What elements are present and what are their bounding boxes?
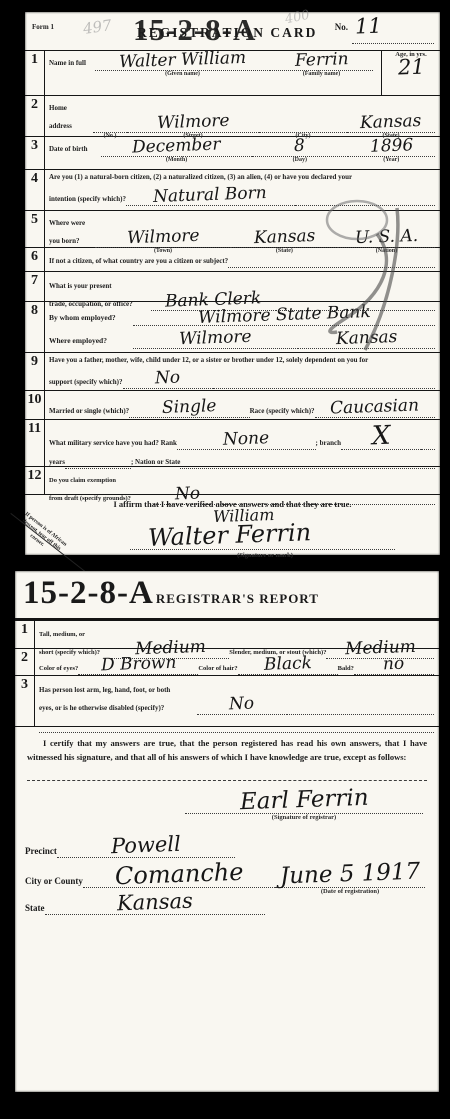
signature-block: I affirm that I have verified above answ… — [25, 494, 440, 569]
registrars-report-card: 15-2-8-A REGISTRAR'S REPORT 1 Tall, medi… — [15, 571, 439, 1092]
no-label: No. — [335, 22, 348, 32]
card-number-value: 11 — [352, 17, 385, 36]
q2-label-line1: Home — [49, 104, 67, 112]
q8-employer-row: 8 By whom employed? Wilmore State Bank W… — [25, 301, 440, 352]
q4-label-line1: Are you (1) a natural-born citizen, (2) … — [49, 173, 435, 182]
q6-label: If not a citizen, of what country are yo… — [49, 257, 228, 268]
family-name-value: Ferrin — [291, 52, 351, 69]
precinct-value: Powell — [108, 836, 184, 856]
tear-off-corner-note: If person is of African descent, tear of… — [14, 511, 68, 560]
eye-color-value: D Brown — [97, 656, 179, 673]
r1-build-row: 1 Tall, medium, or short (specify which)… — [15, 621, 439, 648]
birth-year-value: 1896 — [366, 138, 416, 154]
q9-label-line2: support (specify which)? — [49, 378, 123, 389]
q3-birthdate-row: 3 Date of birth December 8 1896 (Month) … — [25, 136, 440, 169]
address-street-value: Wilmore — [153, 114, 232, 131]
r1-number: 1 — [15, 621, 35, 648]
q6-foreign-citizen-row: 6 If not a citizen, of what country are … — [25, 247, 440, 271]
q5-birthplace-row: 5 Where were you born? Wilmore Kansas U.… — [25, 210, 440, 247]
r1-label1-line1: Tall, medium, or — [39, 631, 85, 638]
except-line — [27, 780, 427, 781]
employer-value: Wilmore State Bank — [194, 305, 373, 326]
dependents-value: No — [152, 371, 184, 387]
q3-label: Date of birth — [49, 145, 101, 157]
race-value: Caucasian — [327, 398, 422, 416]
q11-number: 11 — [25, 420, 45, 466]
signature-sublabel: (Signature or mark) — [205, 552, 325, 559]
registrar-signature: Earl Ferrin — [236, 789, 371, 813]
q10-label2: Race (specify which)? — [250, 407, 315, 418]
location-fields: Precinct Powell City or County Comanche … — [15, 837, 439, 915]
q9-label-line1: Have you a father, mother, wife, child u… — [49, 356, 435, 365]
registrar-signature-block: Earl Ferrin (Signature of registrar) — [185, 791, 423, 821]
form-number-label: Form 1 — [32, 23, 54, 32]
sub-year: (Year) — [348, 157, 435, 164]
q2-number: 2 — [25, 96, 45, 136]
q2-label-line2: address — [49, 122, 72, 130]
age-box: Age, in yrs. 21 — [381, 51, 440, 95]
military-rank-value: None — [220, 431, 273, 447]
no-underline — [352, 43, 434, 44]
address-state-value: Kansas — [357, 114, 425, 131]
citizenship-value: Natural Born — [150, 186, 270, 205]
employed-where-state: Kansas — [332, 330, 400, 347]
city-county-value: Comanche — [111, 862, 246, 887]
q11-military-row: 11 What military service have you had? R… — [25, 419, 440, 466]
birth-month-value: December — [129, 137, 224, 155]
age-value: 21 — [394, 59, 427, 78]
q5-label-line1: Where were — [49, 219, 85, 227]
birth-town-value: Wilmore — [123, 229, 202, 246]
q2-address-row: 2 Home address Wilmore Kansas (No.) (Str… — [25, 95, 440, 136]
employed-where-town: Wilmore — [176, 330, 255, 347]
q3-number: 3 — [25, 137, 45, 169]
serial-stamp: 15-2-8-A — [133, 12, 256, 48]
birth-nation-value: U. S. A. — [352, 229, 422, 246]
q4-label-line2: intention (specify which)? — [49, 195, 126, 206]
disability-value: No — [226, 696, 258, 712]
r2-number: 2 — [15, 649, 35, 675]
q1-name-row: 1 Name in full Walter William Ferrin (Gi… — [25, 50, 440, 95]
q7-label-line1: What is your present — [49, 282, 112, 290]
r2-features-row: 2 Color of eyes? D Brown Color of hair? … — [15, 648, 439, 675]
r2-label1: Color of eyes? — [39, 665, 78, 675]
state-value: Kansas — [114, 893, 196, 914]
birth-state-value: Kansas — [251, 229, 319, 246]
family-name-sublabel: (Family name) — [270, 71, 373, 78]
sub-day: (Day) — [252, 157, 347, 164]
q12-number: 12 — [25, 467, 45, 494]
q6-number: 6 — [25, 248, 45, 271]
given-name-value: Walter William — [116, 51, 250, 70]
q1-number: 1 — [25, 51, 45, 95]
married-single-value: Single — [159, 399, 220, 416]
registrant-signature: Walter Ferrin — [145, 522, 315, 548]
registration-date-block: June 5 1917 (Date of registration) — [275, 865, 425, 895]
q12-label-line1: Do you claim exemption — [49, 477, 116, 484]
city-county-label: City or County — [25, 876, 83, 888]
q5-label-line2: you born? — [49, 237, 80, 245]
serial-stamp-2: 15-2-8-A — [23, 575, 154, 612]
q10-label1: Married or single (which)? — [49, 407, 129, 418]
r3-label-line2: eyes, or is he otherwise disabled (speci… — [39, 704, 164, 712]
r3-disability-row: 3 Has person lost arm, leg, hand, foot, … — [15, 675, 439, 727]
pencil-serial: 497 — [82, 16, 113, 38]
q9-dependents-row: 9 Have you a father, mother, wife, child… — [25, 352, 440, 390]
r2-label3: Bald? — [338, 665, 354, 675]
q8-label2: Where employed? — [49, 336, 133, 349]
sub-month: (Month) — [101, 157, 252, 164]
birth-day-value: 8 — [291, 139, 308, 154]
military-branch-value: X — [368, 425, 393, 448]
q5-number: 5 — [25, 211, 45, 247]
registration-card: Form 1 497 REGISTRATION CARD 15-2-8-A 40… — [25, 12, 440, 555]
hair-color-value: Black — [260, 656, 314, 672]
registration-card-header: Form 1 497 REGISTRATION CARD 15-2-8-A 40… — [25, 12, 440, 50]
registrars-report-header: 15-2-8-A REGISTRAR'S REPORT — [15, 571, 439, 621]
scanned-draft-card-page: { "colors": {"background":"#000000","car… — [0, 0, 450, 1119]
q8-number: 8 — [25, 302, 45, 352]
q12-exemption-row: 12 Do you claim exemption from draft (sp… — [25, 466, 440, 494]
registration-date-sublabel: (Date of registration) — [275, 888, 425, 895]
r3-number: 3 — [15, 676, 35, 726]
q11-label1: What military service have you had? Rank — [49, 439, 177, 450]
r2-label2: Color of hair? — [198, 665, 237, 675]
q9-number: 9 — [25, 353, 45, 390]
precinct-label: Precinct — [25, 846, 57, 858]
registration-date-value: June 5 1917 — [277, 863, 424, 888]
q4-number: 4 — [25, 170, 45, 210]
q4-citizenship-row: 4 Are you (1) a natural-born citizen, (2… — [25, 169, 440, 210]
r3-label-line1: Has person lost arm, leg, hand, foot, or… — [39, 686, 170, 694]
bald-value: no — [380, 657, 408, 672]
q11-branch-label: ; branch — [316, 439, 341, 450]
q10-number: 10 — [25, 391, 45, 419]
q1-label: Name in full — [49, 59, 95, 71]
state-label: State — [25, 903, 45, 915]
q7-occupation-row: 7 What is your present trade, occupation… — [25, 271, 440, 301]
registrar-signature-sublabel: (Signature of registrar) — [185, 814, 423, 821]
q7-number: 7 — [25, 272, 45, 301]
q8-label1: By whom employed? — [49, 313, 133, 326]
q10-married-race-row: 10 Married or single (which)? Single Rac… — [25, 390, 440, 419]
report-title: REGISTRAR'S REPORT — [156, 591, 319, 607]
